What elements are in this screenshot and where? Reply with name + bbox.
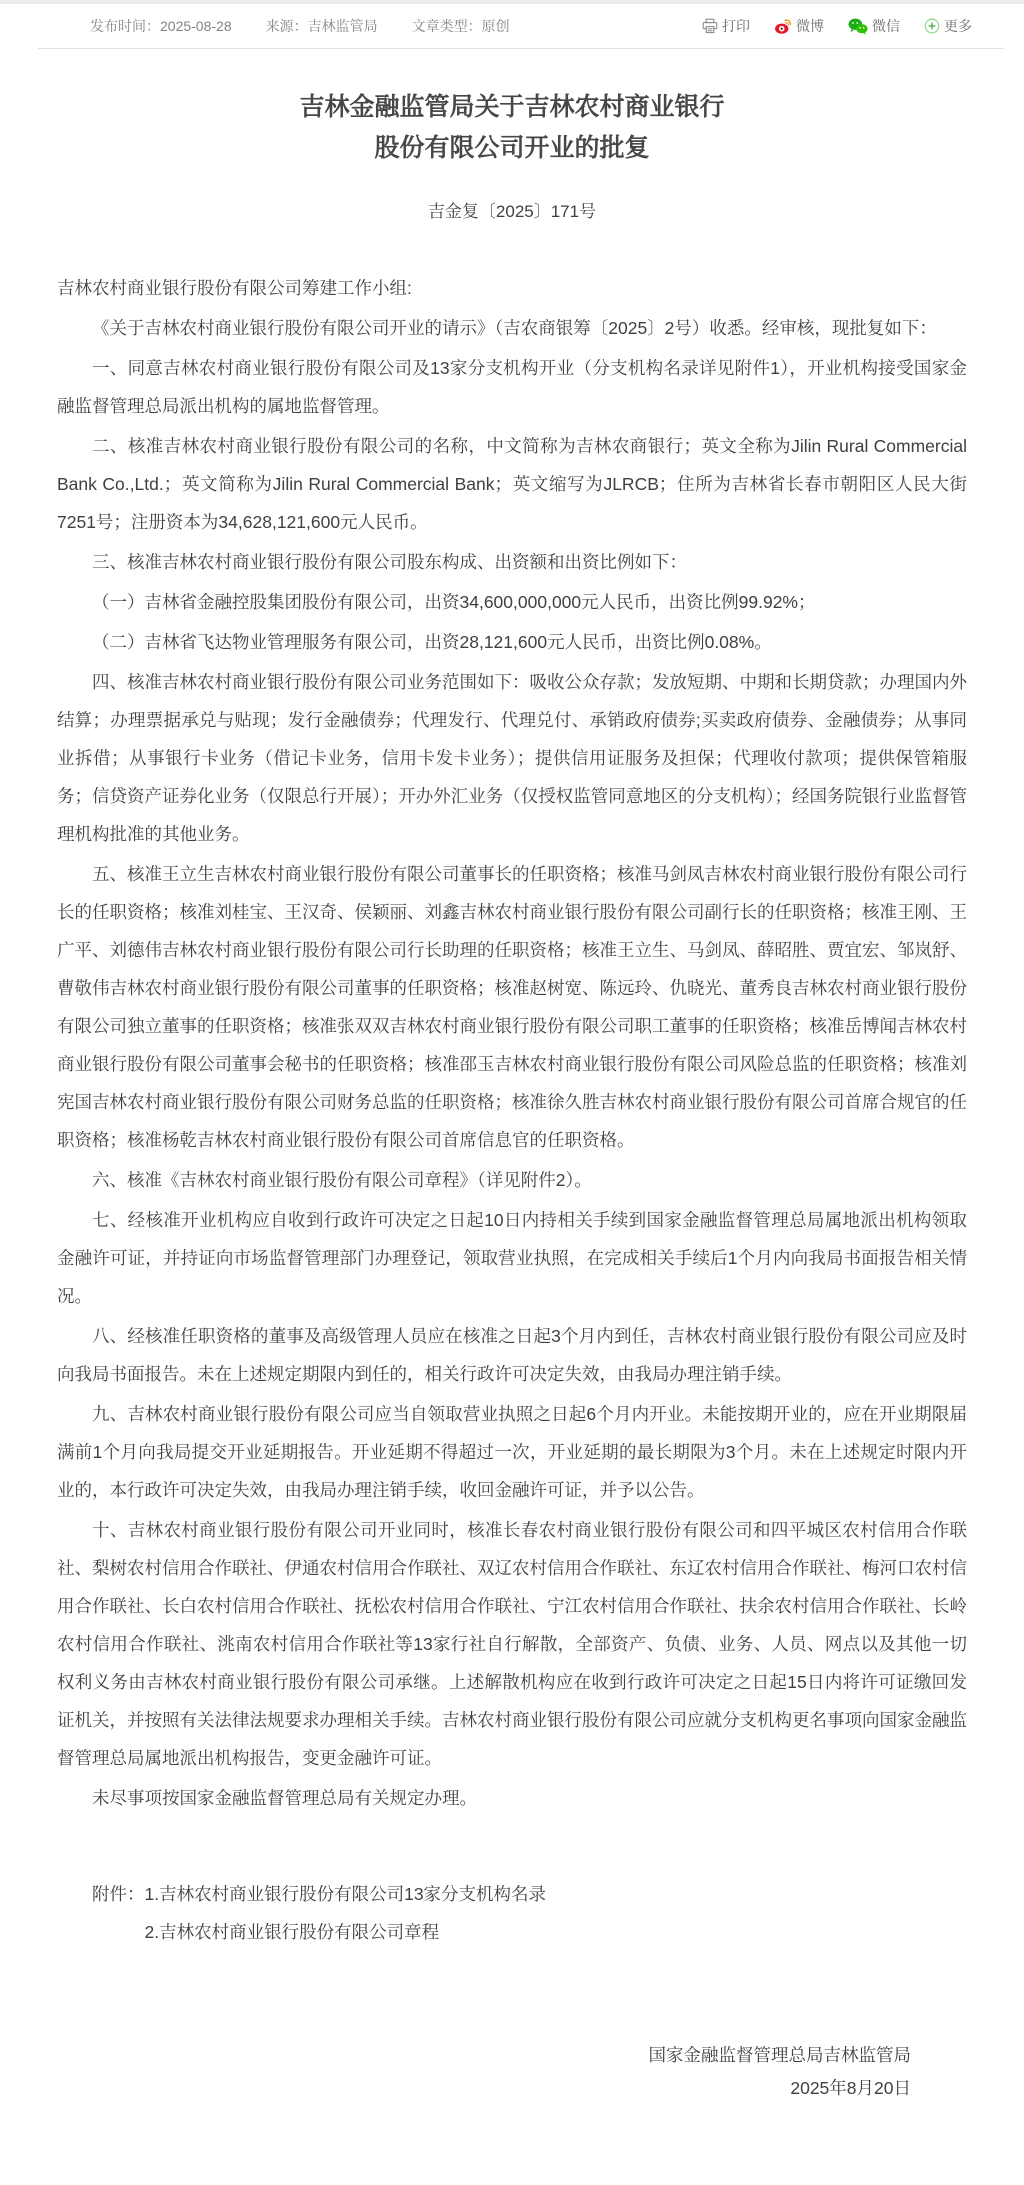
publish-time: 发布时间：2025-08-28 [90,16,232,36]
paragraph-1: 吉林农村商业银行股份有限公司筹建工作小组: [57,269,967,307]
share-toolbar: 打印 微博 [678,16,972,36]
source-value: 吉林监管局 [308,18,378,34]
more-label: 更多 [944,16,972,36]
paragraph-13: 九、吉林农村商业银行股份有限公司应当自领取营业执照之日起6个月内开业。未能按期开… [57,1395,967,1509]
paragraph-11: 七、经核准开业机构应自收到行政许可决定之日起10日内持相关手续到国家金融监督管理… [57,1201,967,1315]
paragraph-8: 四、核准吉林农村商业银行股份有限公司业务范围如下：吸收公众存款；发放短期、中期和… [57,663,967,853]
weibo-label: 微博 [796,16,824,36]
paragraph-9: 五、核准王立生吉林农村商业银行股份有限公司董事长的任职资格；核准马剑凤吉林农村商… [57,855,967,1159]
attachments-label: 附件： [92,1884,145,1904]
page-title: 吉林金融监管局关于吉林农村商业银行股份有限公司开业的批复 [97,87,927,169]
weibo-icon [774,17,792,35]
article-type-label: 文章类型： [412,18,482,34]
wechat-icon [848,18,868,35]
more-plus-icon [924,18,940,34]
issue-date: 2025年8月20日 [57,2072,911,2105]
document-body: 吉林农村商业银行股份有限公司筹建工作小组:《关于吉林农村商业银行股份有限公司开业… [57,269,967,1817]
wechat-label: 微信 [872,16,900,36]
article-content: 吉林金融监管局关于吉林农村商业银行股份有限公司开业的批复 吉金复〔2025〕17… [0,87,1024,2129]
more-share-button[interactable]: 更多 [924,16,972,36]
attachment-item-2: 2.吉林农村商业银行股份有限公司章程 [145,1913,968,1951]
print-label: 打印 [722,16,750,36]
paragraph-7: （二）吉林省飞达物业管理服务有限公司，出资28,121,600元人民币，出资比例… [57,623,967,661]
share-weibo-button[interactable]: 微博 [774,16,824,36]
signature-block: 国家金融监督管理总局吉林监管局 2025年8月20日 [57,2039,967,2129]
title-line-1: 吉林金融监管局关于吉林农村商业银行 [299,93,724,121]
publish-time-value: 2025-08-28 [160,18,232,34]
document-number: 吉金复〔2025〕171号 [57,197,967,222]
paragraph-15: 未尽事项按国家金融监督管理总局有关规定办理。 [57,1779,967,1817]
meta-info: 发布时间：2025-08-28 来源：吉林监管局 文章类型：原创 [90,16,544,36]
title-line-2: 股份有限公司开业的批复 [374,134,649,162]
attachment-1-text: 1.吉林农村商业银行股份有限公司13家分支机构名录 [145,1884,547,1904]
source-label: 来源： [266,18,308,34]
source: 来源：吉林监管局 [266,16,378,36]
paragraph-5: 三、核准吉林农村商业银行股份有限公司股东构成、出资额和出资比例如下： [57,543,967,581]
paragraph-12: 八、经核准任职资格的董事及高级管理人员应在核准之日起3个月内到任，吉林农村商业银… [57,1317,967,1393]
paragraph-4: 二、核准吉林农村商业银行股份有限公司的名称，中文简称为吉林农商银行；英文全称为J… [57,427,967,541]
paragraph-10: 六、核准《吉林农村商业银行股份有限公司章程》（详见附件2）。 [57,1161,967,1199]
article-type-value: 原创 [482,18,510,34]
attachment-item-1: 附件：1.吉林农村商业银行股份有限公司13家分支机构名录 [57,1875,967,1913]
article-meta-bar: 发布时间：2025-08-28 来源：吉林监管局 文章类型：原创 打印 [0,4,1024,46]
header-divider [38,48,1004,49]
publish-time-label: 发布时间： [90,18,160,34]
issuing-authority: 国家金融监督管理总局吉林监管局 [57,2039,911,2072]
printer-icon [702,18,718,34]
share-wechat-button[interactable]: 微信 [848,16,900,36]
paragraph-3: 一、同意吉林农村商业银行股份有限公司及13家分支机构开业（分支机构名录详见附件1… [57,349,967,425]
paragraph-14: 十、吉林农村商业银行股份有限公司开业同时，核准长春农村商业银行股份有限公司和四平… [57,1511,967,1777]
print-button[interactable]: 打印 [702,16,750,36]
paragraph-6: （一）吉林省金融控股集团股份有限公司，出资34,600,000,000元人民币，… [57,583,967,621]
paragraph-2: 《关于吉林农村商业银行股份有限公司开业的请示》（吉农商银筹〔2025〕2号）收悉… [57,309,967,347]
article-type: 文章类型：原创 [412,16,510,36]
attachments-block: 附件：1.吉林农村商业银行股份有限公司13家分支机构名录 2.吉林农村商业银行股… [57,1875,967,1951]
